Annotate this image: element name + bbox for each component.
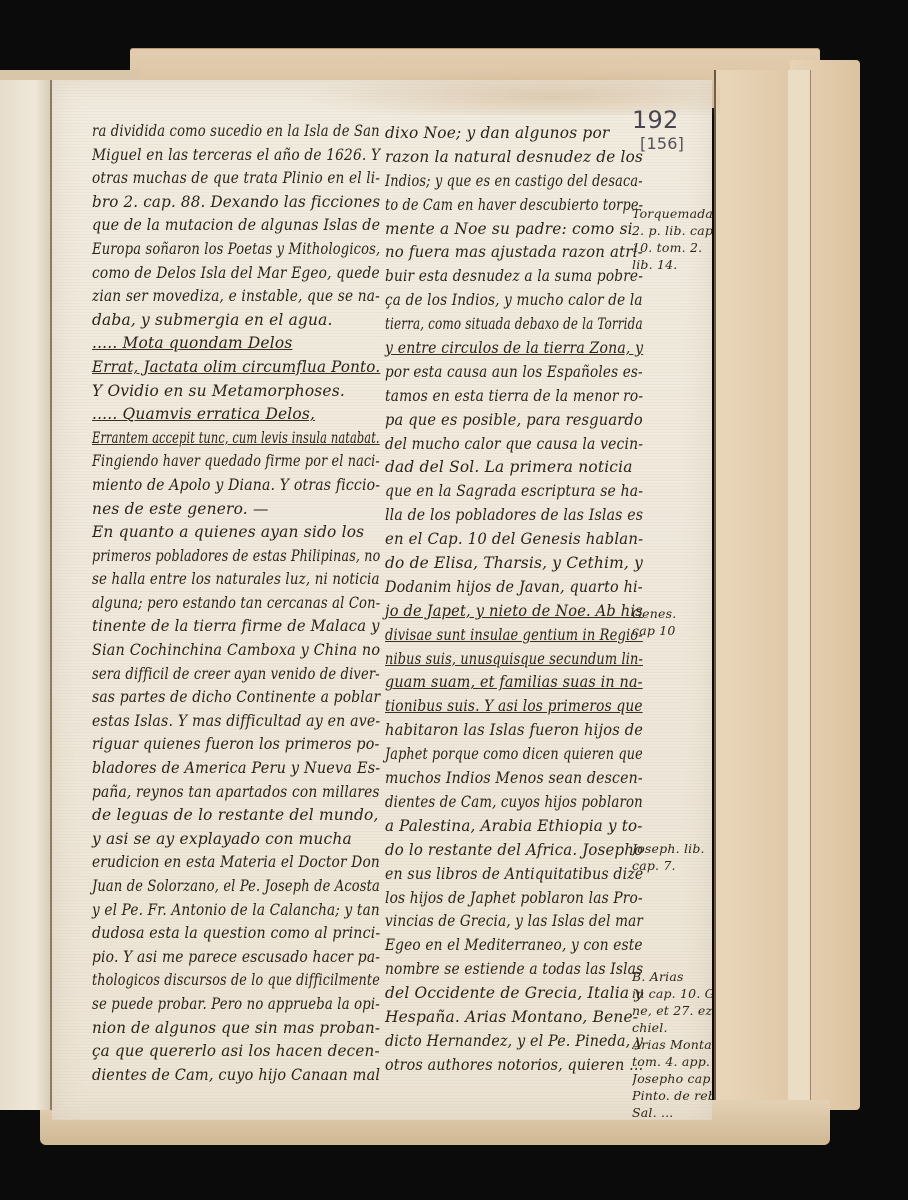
manuscript-line: nion de algunos que sin mas proban-	[92, 1017, 374, 1041]
margin-note: Torquemada2. p. lib. cap.10. tom. 2.lib.…	[632, 205, 712, 273]
manuscript-line: Sian Cochinchina Camboxa y China no	[92, 639, 361, 663]
manuscript-line: daba, y submergia en el agua.	[92, 309, 380, 333]
manuscript-line: ça de los Indios, y mucho calor de la	[385, 289, 613, 313]
manuscript-line: del Occidente de Grecia, Italia y	[385, 982, 643, 1006]
manuscript-line: Indios; y que es en castigo del desaca-	[385, 170, 601, 194]
manuscript-line: no fuera mas ajustada razon atri-	[385, 241, 635, 265]
margin-note-line: cap 10	[632, 622, 676, 639]
manuscript-line: en el Cap. 10 del Genesis hablan-	[385, 528, 634, 552]
manuscript-line: dientes de Cam, cuyo hijo Canaan mal	[92, 1064, 363, 1088]
manuscript-line: muchos Indios Menos sean descen-	[385, 767, 621, 791]
margin-note-line: 10. tom. 2.	[632, 239, 712, 256]
manuscript-line: dad del Sol. La primera noticia	[385, 456, 643, 480]
margin-note-line: tom. 4. app. in	[632, 1053, 712, 1070]
manuscript-line: vincias de Grecia, y las Islas del mar	[385, 910, 612, 934]
margin-note-line: Torquemada	[632, 205, 712, 222]
manuscript-line: de leguas de lo restante del mundo,	[92, 804, 380, 828]
manuscript-line: se puede probar. Pero no apprueba la opi…	[92, 993, 339, 1017]
manuscript-line: sas partes de dicho Continente a poblar	[92, 686, 352, 710]
manuscript-line: ça que quererlo asi los hacen decen-	[92, 1040, 375, 1064]
manuscript-line: que de la mutacion de algunas Islas de	[92, 214, 359, 238]
manuscript-line: to de Cam en haver descubierto torpe-	[385, 194, 601, 218]
margin-note-line: Joseph. lib.	[632, 840, 705, 857]
manuscript-line: primeros pobladores de estas Philipinas,…	[92, 545, 329, 569]
margin-note-line: Josepho cap. 23.	[632, 1070, 712, 1087]
margin-note-line: 2. p. lib. cap.	[632, 222, 712, 239]
manuscript-line: erudicion en esta Materia el Doctor Don	[92, 851, 349, 875]
manuscript-line: bladores de America Peru y Nueva Es-	[92, 757, 362, 781]
manuscript-line: En quanto a quienes ayan sido los	[92, 521, 380, 545]
manuscript-line: Hespaña. Arias Montano, Bene-	[385, 1006, 643, 1030]
manuscript-line: nombre se estiende a todas las Islas	[385, 958, 616, 982]
manuscript-line: Egeo en el Mediterraneo, y con este	[385, 934, 615, 958]
text-column-right: dixo Noe; y dan algunos porrazon la natu…	[385, 122, 645, 1078]
manuscript-line: tamos en esta tierra de la menor ro-	[385, 385, 616, 409]
manuscript-line: a Palestina, Arabia Ethiopia y to-	[385, 815, 638, 839]
manuscript-line: dixo Noe; y dan algunos por	[385, 122, 643, 146]
manuscript-line: divisae sunt insulae gentium in Regio-	[385, 624, 603, 648]
manuscript-line: bro 2. cap. 88. Dexando las ficciones	[92, 191, 374, 215]
margin-note-line: lib. 14.	[632, 256, 712, 273]
manuscript-line: que en la Sagrada escriptura se ha-	[385, 480, 619, 504]
folio-old-number: [156]	[640, 134, 684, 153]
manuscript-line: do lo restante del Africa. Josepho	[385, 839, 635, 863]
manuscript-line: y entre circulos de la tierra Zona, y	[385, 337, 620, 361]
manuscript-line: razon la natural desnudez de los	[385, 146, 641, 170]
index-tab-strip	[714, 70, 788, 1110]
manuscript-line: lla de los pobladores de las Islas es	[385, 504, 621, 528]
manuscript-line: ..... Mota quondam Delos	[92, 332, 380, 356]
manuscript-line: dudosa esta la question como al princi-	[92, 922, 357, 946]
manuscript-line: thologicos discursos de lo que difficilm…	[92, 969, 331, 993]
manuscript-line: riguar quienes fueron los primeros po-	[92, 733, 360, 757]
manuscript-line: como de Delos Isla del Mar Egeo, quede	[92, 262, 349, 286]
manuscript-line: otras muchas de que trata Plinio en el l…	[92, 167, 347, 191]
manuscript-line: Europa soñaron los Poetas y Mithologicos…	[92, 238, 336, 262]
manuscript-line: mente a Noe su padre: como si	[385, 218, 643, 242]
manuscript-line: pa que es posible, para resguardo	[385, 409, 630, 433]
margin-note-line: chiel.	[632, 1019, 712, 1036]
manuscript-line: Errat, Jactata olim circumflua Ponto.	[92, 356, 374, 380]
manuscript-line: Miguel en las terceras el año de 1626. Y	[92, 144, 349, 168]
manuscript-line: ra dividida como sucedio en la Isla de S…	[92, 120, 338, 144]
manuscript-line: Juan de Solorzano, el Pe. Joseph de Acos…	[92, 875, 335, 899]
manuscript-line: se halla entre los naturales luz, ni not…	[92, 568, 342, 592]
margin-note-line: ne, et 27. eze-	[632, 1002, 712, 1019]
margin-note-line: cap. 7.	[632, 857, 705, 874]
manuscript-line: estas Islas. Y mas difficultad ay en ave…	[92, 710, 356, 734]
manuscript-line: miento de Apolo y Diana. Y otras ficcio-	[92, 474, 355, 498]
manuscript-line: nibus suis, unusquisque secundum lin-	[385, 648, 601, 672]
manuscript-line: ..... Quamvis erratica Delos,	[92, 403, 380, 427]
manuscript-line: y asi se ay explayado con mucha	[92, 828, 380, 852]
margin-note: B. Ariasin cap. 10. Ge-ne, et 27. eze-ch…	[632, 968, 712, 1121]
manuscript-line: pio. Y asi me parece escusado hacer pa-	[92, 946, 351, 970]
manuscript-line: tierra, como situada debaxo de la Torrid…	[385, 313, 586, 337]
manuscript-line: nes de este genero. —	[92, 498, 380, 522]
manuscript-line: los hijos de Japhet poblaron las Pro-	[385, 887, 616, 911]
manuscript-line: habitaron las Islas fueron hijos de	[385, 719, 630, 743]
manuscript-line: guam suam, et familias suas in na-	[385, 671, 625, 695]
manuscript-line: dicto Hernandez, y el Pe. Pineda, y	[385, 1030, 624, 1054]
manuscript-line: zian ser movediza, e instable, que se na…	[92, 285, 348, 309]
manuscript-line: Errantem accepit tunc, cum levis insula …	[92, 427, 305, 451]
manuscript-line: alguna; pero estando tan cercanas al Con…	[92, 592, 338, 616]
margin-note-line: in cap. 10. Ge-	[632, 985, 712, 1002]
manuscript-line: en sus libros de Antiquitatibus dize	[385, 863, 621, 887]
facing-page-left	[0, 80, 52, 1110]
manuscript-line: por esta causa aun los Españoles es-	[385, 361, 612, 385]
manuscript-line: Dodanim hijos de Javan, quarto hi-	[385, 576, 625, 600]
manuscript-line: dientes de Cam, cuyos hijos poblaron	[385, 791, 608, 815]
manuscript-line: do de Elisa, Tharsis, y Cethim, y	[385, 552, 643, 576]
margin-note-line: Arias Montan.	[632, 1036, 712, 1053]
margin-note-line: B. Arias	[632, 968, 712, 985]
manuscript-line: sera difficil de creer ayan venido de di…	[92, 663, 336, 687]
manuscript-line: del mucho calor que causa la vecin-	[385, 433, 618, 457]
manuscript-line: Fingiendo haver quedado firme por el nac…	[92, 450, 331, 474]
manuscript-line: buir esta desnudez a la suma pobre-	[385, 265, 615, 289]
manuscript-line: otros authores notorios, quieren ...	[385, 1054, 624, 1078]
margin-note: Genes.cap 10	[632, 605, 676, 639]
margin-note-line: Genes.	[632, 605, 676, 622]
manuscript-line: jo de Japet, y nieto de Noe. Ab his	[385, 600, 630, 624]
margin-note: Joseph. lib.cap. 7.	[632, 840, 705, 874]
manuscript-line: tinente de la tierra firme de Malaca y	[92, 615, 368, 639]
manuscript-line: Y Ovidio en su Metamorphoses.	[92, 380, 380, 404]
margin-note-line: Sal. ...	[632, 1104, 712, 1121]
manuscript-line: tionibus suis. Y asi los primeros que	[385, 695, 616, 719]
text-column-left: ra dividida como sucedio en la Isla de S…	[92, 120, 382, 1087]
margin-note-line: Pinto. de rebus	[632, 1087, 712, 1104]
manuscript-line: paña, reynos tan apartados con millares	[92, 781, 350, 805]
manuscript-line: y el Pe. Fr. Antonio de la Calancha; y t…	[92, 899, 347, 923]
manuscript-line: Japhet porque como dicen quieren que	[385, 743, 599, 767]
